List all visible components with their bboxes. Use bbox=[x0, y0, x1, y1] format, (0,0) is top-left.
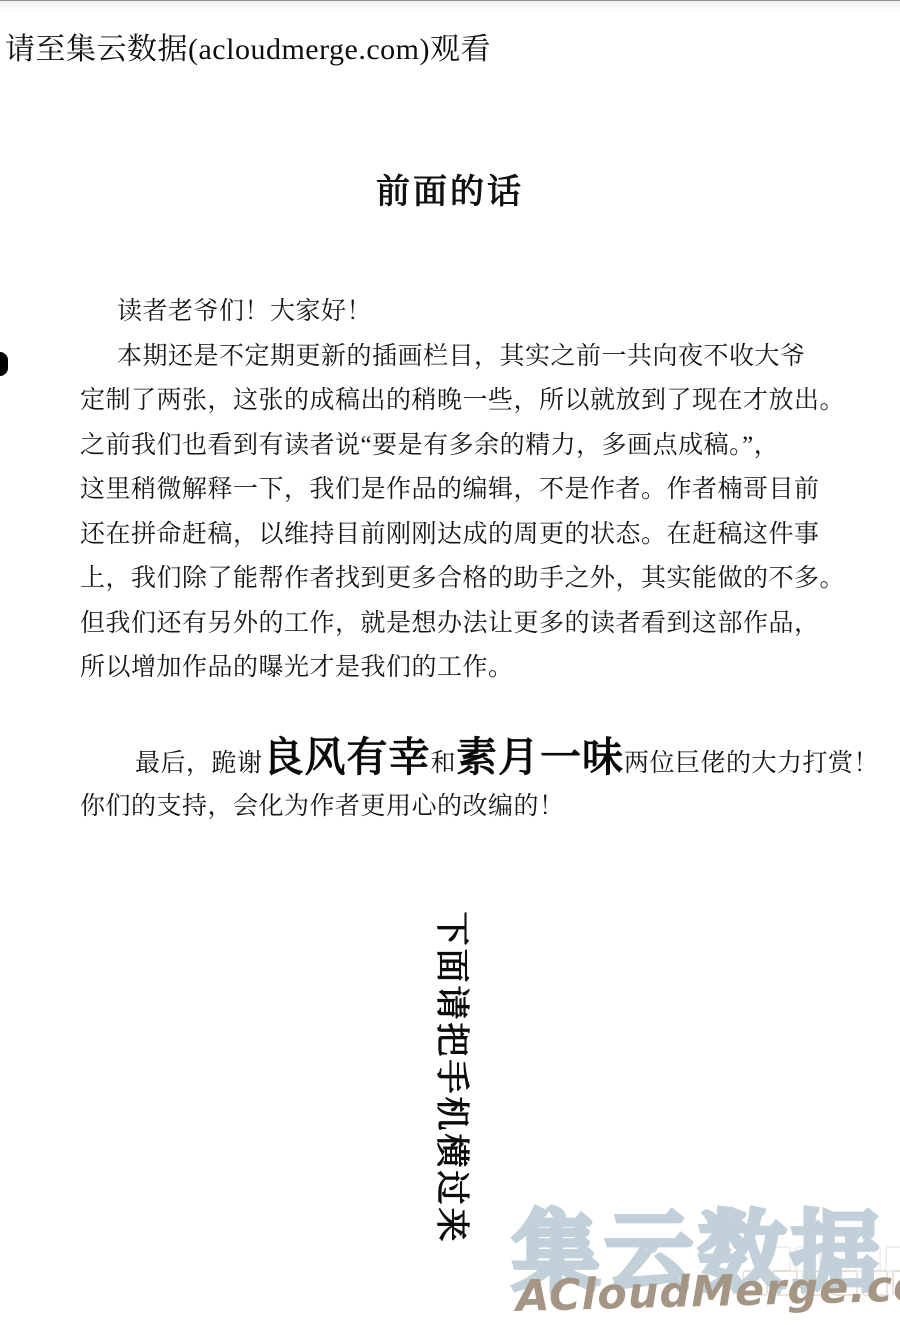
body-line: 还在拼命赶稿，以维持目前刚刚达成的周更的状态。在赶稿这件事 bbox=[80, 513, 850, 558]
thanks-line-2: 你们的支持，会化为作者更用心的改编的！ bbox=[80, 786, 860, 822]
body-line: 这里稍微解释一下，我们是作品的编辑，不是作者。作者楠哥目前 bbox=[80, 468, 850, 513]
comic-author-note-page: 请至集云数据(acloudmerge.com)观看 前面的话 读者老爷们！大家好… bbox=[0, 0, 900, 1325]
watermark-en: ACloudMerge.com bbox=[515, 1260, 900, 1322]
residue-box bbox=[772, 1270, 798, 1296]
body-line: 定制了两张，这张的成稿出的稍晚一些，所以就放到了现在才放出。 bbox=[80, 379, 850, 424]
residue-box bbox=[765, 1246, 791, 1272]
body-line: 读者老爷们！大家好！ bbox=[80, 290, 850, 335]
residue-box bbox=[795, 1246, 821, 1272]
body-line: 之前我们也看到有读者说“要是有多余的精力，多画点成稿。”， bbox=[80, 424, 850, 469]
watermark-residue bbox=[765, 1246, 900, 1277]
body-line: 但我们还有另外的工作，就是想办法让更多的读者看到这部作品， bbox=[80, 602, 850, 647]
page-title: 前面的话 bbox=[0, 164, 900, 213]
residue-box bbox=[832, 1270, 858, 1296]
thanks-conjunction: 和 bbox=[431, 750, 457, 777]
residue-box bbox=[802, 1270, 828, 1296]
thanks-line: 最后，跪谢良风有幸和素月一味两位巨佬的大力打赏！ bbox=[80, 724, 900, 783]
site-notice-text: 请至集云数据(acloudmerge.com)观看 bbox=[5, 24, 491, 68]
rotate-device-hint: 下面请把手机横过来 bbox=[431, 912, 480, 1245]
page-edge-mark bbox=[0, 352, 8, 376]
body-text: 读者老爷们！大家好！本期还是不定期更新的插画栏目，其实之前一共向夜不收大爷定制了… bbox=[80, 290, 850, 691]
residue-box bbox=[855, 1246, 881, 1272]
watermark-residue bbox=[742, 1270, 900, 1301]
supporter-name-1: 良风有幸 bbox=[263, 734, 431, 780]
body-line: 本期还是不定期更新的插画栏目，其实之前一共向夜不收大爷 bbox=[80, 335, 850, 380]
residue-box bbox=[862, 1270, 888, 1296]
body-line: 上，我们除了能帮作者找到更多合格的助手之外，其实能做的不多。 bbox=[80, 557, 850, 602]
supporter-name-2: 素月一味 bbox=[456, 734, 624, 780]
thanks-suffix: 两位巨佬的大力打赏！ bbox=[624, 750, 879, 777]
residue-box bbox=[742, 1270, 768, 1296]
watermark-cn: 集云数据 bbox=[512, 1183, 884, 1309]
residue-box bbox=[892, 1270, 900, 1296]
thanks-prefix: 最后，跪谢 bbox=[135, 750, 263, 777]
residue-box bbox=[885, 1246, 900, 1272]
body-line: 所以增加作品的曝光才是我们的工作。 bbox=[80, 646, 850, 691]
top-strip bbox=[0, 0, 900, 13]
residue-box bbox=[825, 1246, 851, 1272]
